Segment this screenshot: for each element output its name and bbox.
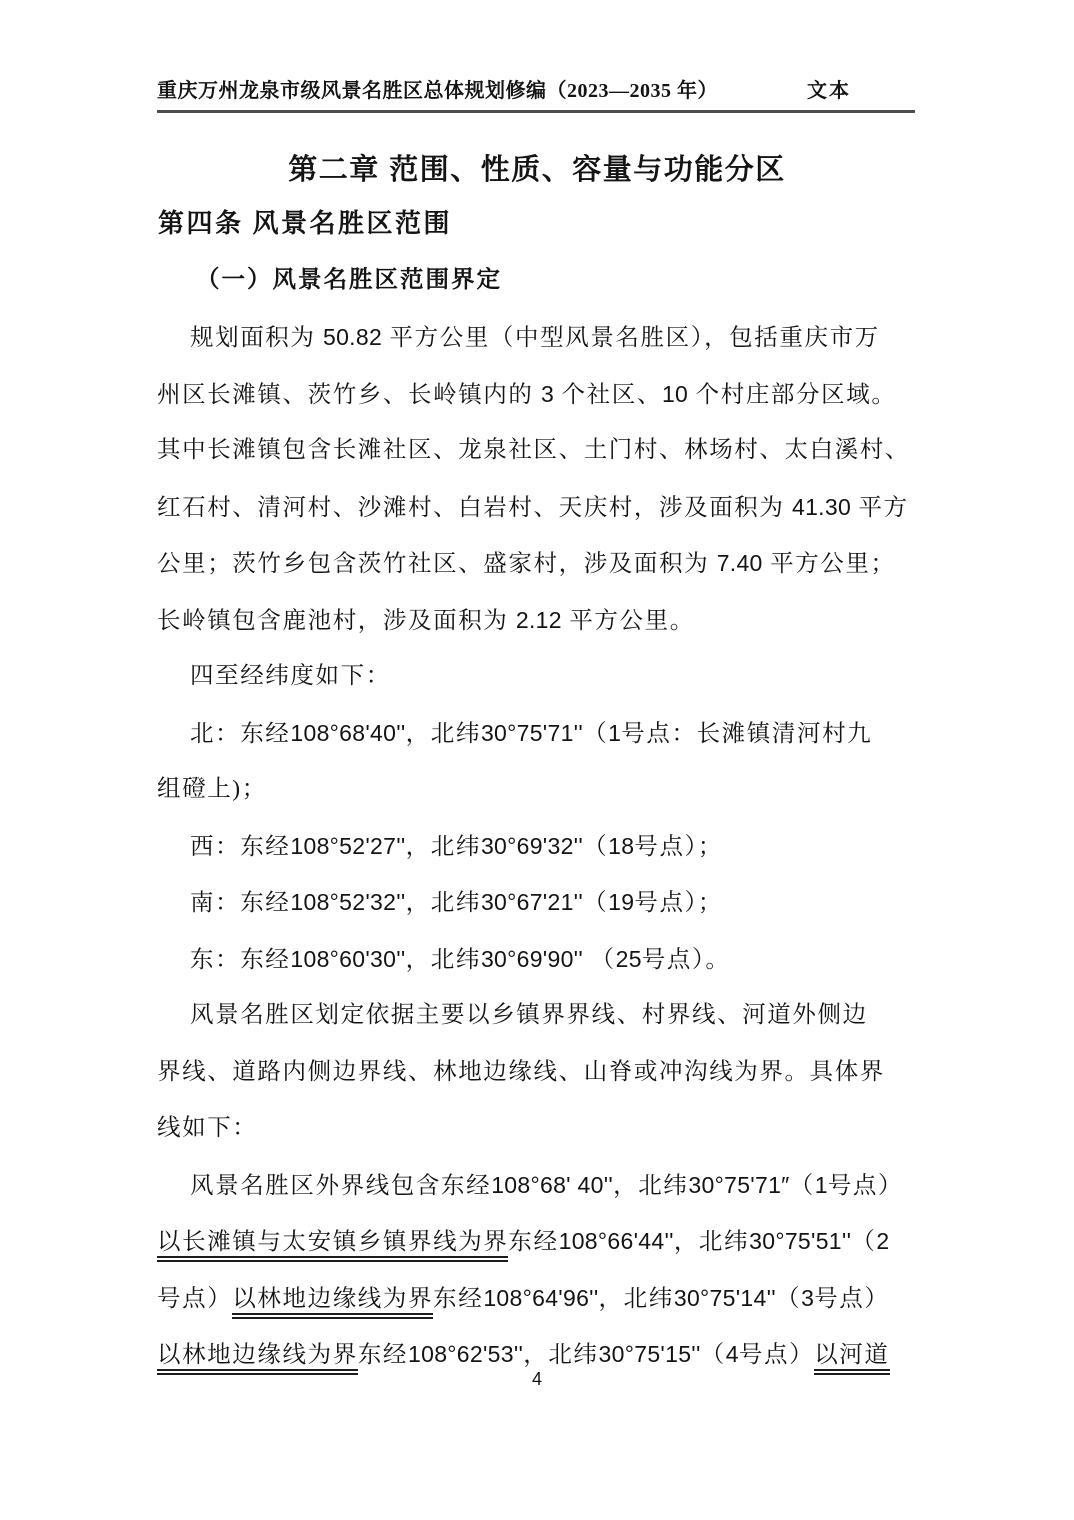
text-run: 号点）； — [634, 890, 723, 916]
page-header-title: 重庆万州龙泉市级风景名胜区总体规划修编（2023—2035 年） — [157, 74, 718, 103]
text-run: 西：东经 — [190, 834, 290, 860]
coordinate-value: 30°75'51'' — [749, 1228, 851, 1254]
text-run: 号点） — [814, 1286, 889, 1312]
text-run: 界线、道路内侧边界线、林地边缘线、山脊或冲沟线为界。具体界 — [157, 1059, 885, 1085]
coordinate-value: 3 — [541, 381, 554, 407]
coordinate-value: 25 — [616, 946, 642, 972]
text-run: 号点） — [828, 1173, 903, 1199]
text-run: 平方公里（中型风景名胜区），包括重庆市万 — [382, 325, 880, 351]
coordinate-value: 108°52'27'' — [290, 833, 405, 859]
coordinate-value: 108°64'96'' — [483, 1285, 598, 1311]
text-run: ，北纬 — [406, 947, 481, 973]
text-run: 平方 — [851, 495, 909, 521]
body-line: 线如下： — [157, 1100, 947, 1157]
body-line: 组磴上)； — [157, 761, 947, 818]
text-run: 号点） — [157, 1286, 232, 1312]
page-number: 4 — [0, 1369, 1074, 1390]
text-run: （ — [851, 1229, 876, 1255]
text-run: 北：东经 — [190, 721, 290, 747]
body-line: 号点）以林地边缘线为界东经108°64'96''，北纬30°75'14''（3号… — [157, 1270, 947, 1327]
coordinate-value: 30°75'15'' — [599, 1341, 701, 1367]
coordinate-value: 108°68'40'' — [290, 720, 405, 746]
body-line: 界线、道路内侧边界线、林地边缘线、山脊或冲沟线为界。具体界 — [157, 1044, 947, 1101]
text-run: 规划面积为 — [190, 325, 323, 351]
text-run: 号点：长滩镇清河村九 — [621, 721, 872, 747]
text-run: 红石村、清河村、沙滩村、白岩村、天庆村，涉及面积为 — [157, 495, 792, 521]
text-run: 东经 — [433, 1286, 483, 1312]
coordinate-value: 30°75'71'' — [481, 720, 583, 746]
coordinate-value: 108°66'44'' — [559, 1228, 674, 1254]
coordinate-value: 30°75'14'' — [674, 1285, 776, 1311]
text-run: 东：东经 — [190, 947, 290, 973]
coordinate-value: 19 — [608, 889, 634, 915]
text-run: 风景名胜区外界线包含东经 — [190, 1173, 491, 1199]
coordinate-value: 30°67'21'' — [481, 889, 583, 915]
coordinate-value: 2.12 — [516, 607, 562, 633]
body-line: 其中长滩镇包含长滩社区、龙泉社区、土门村、林场村、太白溪村、 — [157, 422, 947, 479]
coordinate-value: 10 — [662, 381, 688, 407]
coordinate-value: 18 — [608, 833, 634, 859]
text-run: （ — [790, 1173, 815, 1199]
text-run: ，北纬 — [406, 834, 481, 860]
body-line: 东：东经108°60'30''，北纬30°69'90'' （25号点）。 — [157, 931, 947, 988]
text-run: ，北纬 — [613, 1173, 688, 1199]
text-run: 号点）； — [634, 834, 723, 860]
text-run: （ — [583, 890, 608, 916]
body-line: 风景名胜区外界线包含东经108°68' 40''，北纬30°75'71″（1号点… — [157, 1157, 947, 1214]
text-run: 平方公里。 — [562, 608, 695, 634]
text-run: （ — [583, 834, 608, 860]
text-run: ，北纬 — [406, 721, 481, 747]
document-page: 重庆万州龙泉市级风景名胜区总体规划修编（2023—2035 年） 文本 第二章 … — [0, 0, 1074, 1520]
text-run: 州区长滩镇、茨竹乡、长岭镇内的 — [157, 382, 541, 408]
text-run: 号点） — [739, 1342, 814, 1368]
text-run: 风景名胜区划定依据主要以乡镇界界线、村界线、河道外侧边 — [190, 1002, 868, 1028]
body-line: 规划面积为 50.82 平方公里（中型风景名胜区），包括重庆市万 — [157, 309, 947, 366]
text-run: 公里；茨竹乡包含茨竹社区、盛家村，涉及面积为 — [157, 551, 717, 577]
page-header-doc-type: 文本 — [807, 74, 851, 103]
coordinate-value: 7.40 — [717, 550, 763, 576]
text-run: 个村庄部分区域。 — [688, 382, 896, 408]
text-run: ，北纬 — [599, 1286, 674, 1312]
text-run: 长岭镇包含鹿池村，涉及面积为 — [157, 608, 516, 634]
coordinate-value: 2 — [876, 1228, 889, 1254]
body-line: 公里；茨竹乡包含茨竹社区、盛家村，涉及面积为 7.40 平方公里； — [157, 535, 947, 592]
coordinate-value: 30°69'90'' — [481, 946, 583, 972]
coordinate-value: 41.30 — [792, 494, 851, 520]
text-run: 南：东经 — [190, 890, 290, 916]
text-run: 其中长滩镇包含长滩社区、龙泉社区、土门村、林场村、太白溪村、 — [157, 437, 910, 463]
body-line: 南：东经108°52'32''，北纬30°67'21''（19号点）； — [157, 874, 947, 931]
underlined-boundary-text: 以长滩镇与太安镇乡镇界线为界 — [157, 1229, 508, 1262]
coordinate-value: 108°68' 40'' — [491, 1172, 613, 1198]
text-run: 号点）。 — [642, 947, 731, 973]
text-run: 东经 — [358, 1342, 408, 1368]
text-run: ，北纬 — [674, 1229, 749, 1255]
text-run: 组磴上)； — [157, 776, 267, 802]
text-run: ，北纬 — [523, 1342, 598, 1368]
text-run: （ — [583, 947, 616, 973]
body-line: 西：东经108°52'27''，北纬30°69'32''（18号点）； — [157, 818, 947, 875]
coordinate-value: 1 — [608, 720, 621, 746]
text-run: 四至经纬度如下： — [190, 663, 391, 689]
sub-heading: （一）风景名胜区范围界定 — [196, 260, 502, 294]
body-line: 北：东经108°68'40''，北纬30°75'71''（1号点：长滩镇清河村九 — [157, 705, 947, 762]
coordinate-value: 4 — [726, 1341, 739, 1367]
text-run: 平方公里； — [763, 551, 896, 577]
body-line: 四至经纬度如下： — [157, 648, 947, 705]
coordinate-value: 1 — [815, 1172, 828, 1198]
text-run: ，北纬 — [406, 890, 481, 916]
text-run: （ — [701, 1342, 726, 1368]
coordinate-value: 3 — [801, 1285, 814, 1311]
coordinate-value: 108°60'30'' — [290, 946, 405, 972]
coordinate-value: 50.82 — [323, 324, 382, 350]
text-run: （ — [776, 1286, 801, 1312]
underlined-boundary-text: 以林地边缘线为界 — [232, 1286, 433, 1319]
header-divider-line — [157, 110, 915, 113]
body-line: 红石村、清河村、沙滩村、白岩村、天庆村，涉及面积为 41.30 平方 — [157, 479, 947, 536]
body-line: 风景名胜区划定依据主要以乡镇界界线、村界线、河道外侧边 — [157, 987, 947, 1044]
body-line: 长岭镇包含鹿池村，涉及面积为 2.12 平方公里。 — [157, 592, 947, 649]
body-line: 以长滩镇与太安镇乡镇界线为界东经108°66'44''，北纬30°75'51''… — [157, 1213, 947, 1270]
coordinate-value: 108°52'32'' — [290, 889, 405, 915]
body-line: 州区长滩镇、茨竹乡、长岭镇内的 3 个社区、10 个村庄部分区域。 — [157, 366, 947, 423]
text-run: 个社区、 — [554, 382, 662, 408]
coordinate-value: 30°69'32'' — [481, 833, 583, 859]
chapter-title: 第二章 范围、性质、容量与功能分区 — [0, 147, 1074, 188]
section-heading: 第四条 风景名胜区范围 — [158, 203, 452, 240]
coordinate-value: 30°75'71″ — [688, 1172, 789, 1198]
text-run: 东经 — [508, 1229, 558, 1255]
text-run: 线如下： — [157, 1115, 257, 1141]
text-run: （ — [583, 721, 608, 747]
coordinate-value: 108°62'53'' — [408, 1341, 523, 1367]
body-text: 规划面积为 50.82 平方公里（中型风景名胜区），包括重庆市万州区长滩镇、茨竹… — [157, 309, 947, 1383]
